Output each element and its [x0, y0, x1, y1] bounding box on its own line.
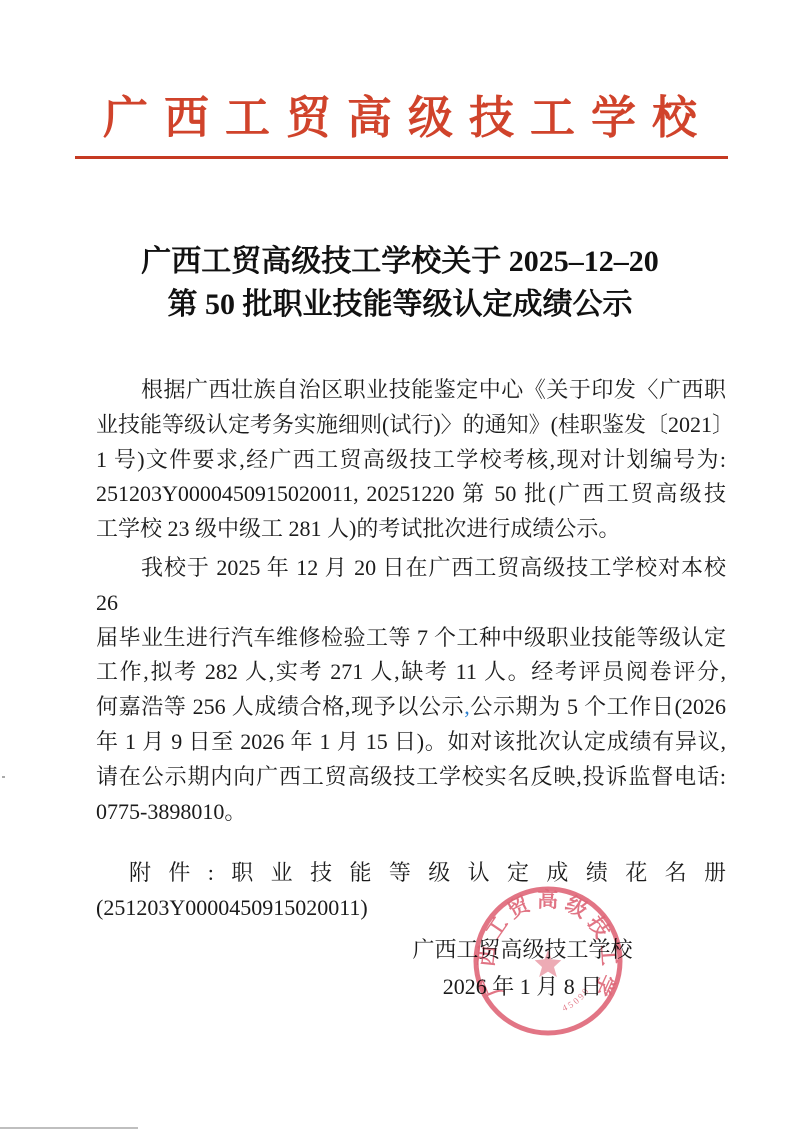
- letterhead-school-name: 广西工贸高级技工学校: [0, 90, 800, 146]
- paragraph-2-line: 年 1 月 9 日至 2026 年 1 月 15 日)。如对该批次认定成绩有异议…: [96, 725, 726, 760]
- stamp-code-text: 45090: [561, 985, 592, 1014]
- stamp-ring-text: 广西工贸高级技工学校: [470, 883, 622, 1002]
- paragraph-1-line: 业技能等级认定考务实施细则(试行)〉的通知》(桂职鉴发〔2021〕: [96, 408, 726, 443]
- paragraph-1-line: 251203Y0000450915020011, 20251220 第 50 批…: [96, 477, 726, 512]
- paragraph-2-line: 工作,拟考 282 人,实考 271 人,缺考 11 人。经考评员阅卷评分,: [96, 655, 726, 690]
- paragraph-2-line: 我校于 2025 年 12 月 20 日在广西工贸高级技工学校对本校 26: [96, 551, 726, 621]
- paragraph-2-line: 0775-3898010。: [96, 795, 726, 830]
- paragraph-2-line: 请在公示期内向广西工贸高级技工学校实名反映,投诉监督电话:: [96, 760, 726, 795]
- paragraph-2: 我校于 2025 年 12 月 20 日在广西工贸高级技工学校对本校 26 届毕…: [96, 551, 726, 829]
- attachment-code: (251203Y0000450915020011): [96, 891, 726, 926]
- scan-speck: [2, 776, 5, 778]
- svg-text:广西工贸高级技工学校: 广西工贸高级技工学校: [470, 883, 622, 1002]
- paragraph-2-line4-post: 公示期为 5 个工作日(2026: [470, 694, 726, 719]
- paragraph-1-line: 1 号)文件要求,经广西工贸高级技工学校考核,现对计划编号为:: [96, 443, 726, 478]
- svg-text:45090: 45090: [561, 985, 592, 1014]
- paragraph-2-line4-pre: 何嘉浩等 256 人成绩合格,现予以公示: [96, 694, 464, 719]
- document-page: 广西工贸高级技工学校 广西工贸高级技工学校关于 2025–12–20 第 50 …: [0, 0, 800, 1132]
- attachment-label: 附件:职业技能等级认定成绩花名册: [96, 856, 726, 891]
- paragraph-2-line: 届毕业生进行汽车维修检验工等 7 个工种中级职业技能等级认定: [96, 621, 726, 656]
- document-title-line2: 第 50 批职业技能等级认定成绩公示: [0, 283, 800, 326]
- paragraph-1-line: 工学校 23 级中级工 281 人)的考试批次进行成绩公示。: [96, 512, 726, 547]
- document-body: 根据广西壮族自治区职业技能鉴定中心《关于印发〈广西职 业技能等级认定考务实施细则…: [96, 373, 726, 926]
- paragraph-1: 根据广西壮族自治区职业技能鉴定中心《关于印发〈广西职 业技能等级认定考务实施细则…: [96, 373, 726, 547]
- document-title: 广西工贸高级技工学校关于 2025–12–20 第 50 批职业技能等级认定成绩…: [0, 240, 800, 326]
- attachment-section: 附件:职业技能等级认定成绩花名册 (251203Y000045091502001…: [96, 856, 726, 926]
- letterhead-divider-rule: [75, 156, 728, 159]
- paragraph-2-line-with-blue-comma: 何嘉浩等 256 人成绩合格,现予以公示,公示期为 5 个工作日(2026: [96, 690, 726, 725]
- document-title-line1: 广西工贸高级技工学校关于 2025–12–20: [0, 240, 800, 283]
- stamp-star-icon: [535, 950, 562, 977]
- official-seal-stamp: 广西工贸高级技工学校 45090: [470, 883, 626, 1039]
- paragraph-1-line: 根据广西壮族自治区职业技能鉴定中心《关于印发〈广西职: [96, 373, 726, 408]
- scan-artifact-line: [0, 1127, 138, 1129]
